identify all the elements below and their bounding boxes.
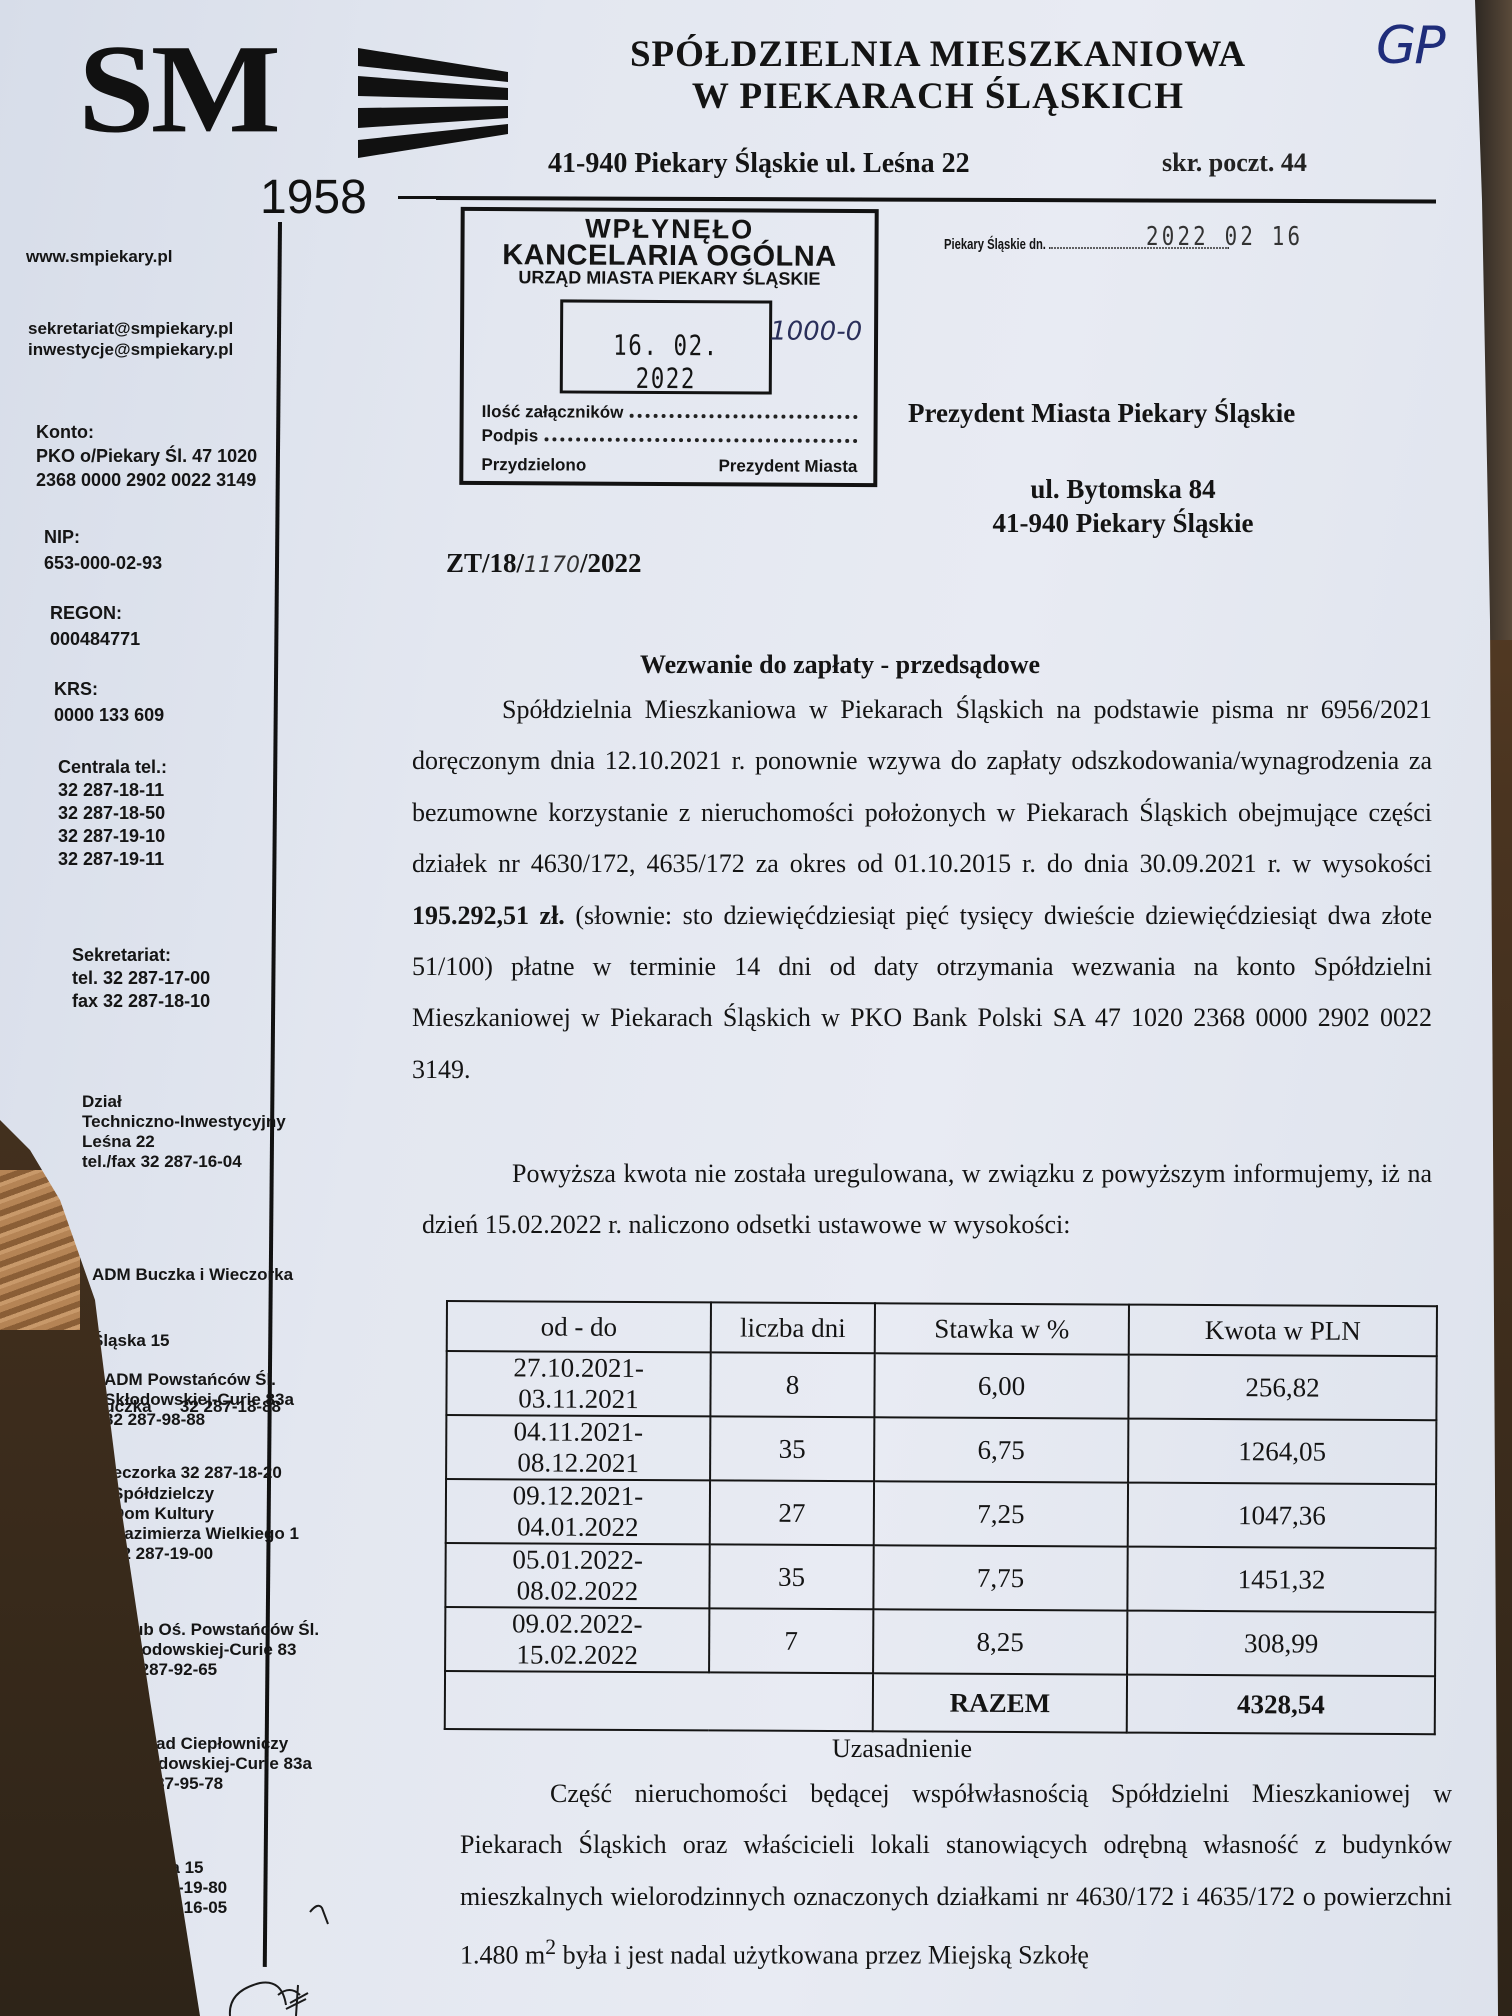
cell-rate: 7,75 (873, 1545, 1127, 1610)
cell-amount: 1264,05 (1128, 1419, 1436, 1485)
contact-line: Skłodowskiej-Curie 83a (104, 1390, 294, 1410)
dateline-date: 2022 02 16 (1146, 222, 1303, 252)
recipient-street: ul. Bytomska 84 (908, 472, 1338, 506)
org-name-line1: SPÓŁDZIELNIA MIESZKANIOWA (548, 34, 1328, 76)
stamp-handwritten-number: 1000-0 (770, 317, 862, 347)
reference-number: ZT/18/1170/2022 (446, 548, 642, 579)
krs-label: KRS: (54, 676, 164, 702)
contact-line: 32 287-19-80 (126, 1878, 227, 1898)
cell-period: 04.11.2021-08.12.2021 (446, 1415, 710, 1480)
website-link[interactable]: www.smpiekary.pl (26, 246, 172, 267)
reference-suffix: /2022 (580, 548, 642, 578)
justification-title: Uzasadnienie (832, 1734, 972, 1764)
header-rate: Stawka w % (875, 1303, 1129, 1354)
reception-stamp: WPŁYNĘŁO KANCELARIA OGÓLNA URZĄD MIASTA … (459, 207, 878, 487)
contact-line: Leśna 22 (82, 1132, 286, 1152)
stamp-assigned-row: Przydzielono Prezydent Miasta (481, 455, 857, 477)
zbr-contact: ZBR Śląska 15 32 287-19-80 32 287-16-05 (126, 1838, 227, 1918)
krs-value: 0000 133 609 (54, 702, 164, 728)
stamp-date: 16. 02. 2022 (583, 329, 748, 396)
email-investments[interactable]: inwestycje@smpiekary.pl (28, 339, 233, 360)
stamp-signature-row: Podpis (481, 425, 857, 448)
fax-number: fax 32 287-18-10 (72, 990, 210, 1013)
contact-line: 32 287-95-78 (122, 1774, 312, 1794)
logo-text: SM (78, 26, 277, 153)
dotted-line (629, 402, 857, 419)
interest-table: od - do liczba dni Stawka w % Kwota w PL… (444, 1300, 1438, 1735)
cell-amount: 1451,32 (1127, 1547, 1435, 1613)
contact-line: ZBR (126, 1838, 227, 1858)
cell-period: 27.10.2021-03.11.2021 (446, 1351, 710, 1416)
contact-line: Dom Kultury (112, 1504, 299, 1524)
secretariat-label: Sekretariat: (72, 944, 210, 967)
cell-period: 05.01.2022-08.02.2022 (445, 1543, 709, 1608)
email-list: sekretariat@smpiekary.pl inwestycje@smpi… (28, 318, 233, 360)
document-page: SM 1958 SPÓŁDZIELNIA MIESZKANIOWA W PIEK… (0, 0, 1512, 2016)
account-line: 2368 0000 2902 0022 3149 (36, 468, 257, 492)
nip-label: NIP: (44, 524, 162, 550)
contact-line: Zakład Ciepłowniczy (122, 1734, 312, 1754)
cell-rate: 7,25 (874, 1481, 1128, 1546)
cell-empty (445, 1671, 873, 1731)
contact-line: Klub Oś. Powstańców Śl. (116, 1620, 319, 1640)
header-days: liczba dni (711, 1302, 875, 1353)
phone-number: tel. 32 287-17-00 (72, 967, 210, 990)
table-row: 05.01.2022-08.02.2022357,751451,32 (445, 1543, 1435, 1612)
divider (398, 196, 438, 199)
contact-line: ADM Buczka i Wieczorka (92, 1264, 293, 1286)
contact-line: ADM Powstańców Śl. (104, 1370, 294, 1390)
letter-title: Wezwanie do zapłaty - przedsądowe (640, 650, 1040, 680)
stamp-authority: URZĄD MIASTA PIEKARY ŚLĄSKIE (464, 267, 874, 290)
cell-days: 8 (710, 1352, 874, 1417)
recipient-address: ul. Bytomska 84 41-940 Piekary Śląskie (908, 472, 1338, 540)
org-name-line2: W PIEKARACH ŚLĄSKICH (548, 76, 1328, 118)
phone-number: 32 287-18-50 (58, 802, 167, 825)
assigned-label: Przydzielono (481, 455, 586, 476)
header-divider (436, 196, 1436, 203)
phone-number: 32 287-19-10 (58, 825, 167, 848)
cell-days: 35 (709, 1544, 873, 1609)
header-period: od - do (447, 1301, 711, 1352)
contact-line: Techniczno-Inwestycyjny (82, 1112, 286, 1132)
organization-address: 41-940 Piekary Śląskie ul. Leśna 22 (548, 148, 970, 180)
regon-label: REGON: (50, 600, 140, 626)
contact-line: 32 287-16-05 (126, 1898, 227, 1918)
contact-line: 32 287-92-65 (116, 1660, 319, 1680)
cell-period: 09.12.2021-04.01.2022 (446, 1479, 710, 1544)
organization-postbox: skr. poczt. 44 (1162, 148, 1307, 178)
heating-plant-contact: Zakład Ciepłowniczy Skłodowskiej-Curie 8… (122, 1734, 312, 1794)
contact-line: Dział (82, 1092, 286, 1112)
contact-line: 32 287-98-88 (104, 1410, 294, 1430)
recipient-name: Prezydent Miasta Piekary Śląskie (908, 398, 1295, 429)
superscript: 2 (545, 1935, 556, 1959)
paragraph-demand: Spółdzielnia Mieszkaniowa w Piekarach Śl… (412, 684, 1432, 1095)
recipient-city: 41-940 Piekary Śląskie (908, 506, 1338, 540)
email-secretariat[interactable]: sekretariat@smpiekary.pl (28, 318, 233, 339)
regon-info: REGON: 000484771 (50, 600, 140, 652)
total-value: 4328,54 (1127, 1675, 1435, 1735)
paragraph-interest: Powyższa kwota nie została uregulowana, … (422, 1148, 1432, 1251)
justification-text-continued: była i jest nadal użytkowana przez Miejs… (556, 1941, 1089, 1970)
cell-amount: 1047,36 (1128, 1483, 1436, 1549)
nip-value: 653-000-02-93 (44, 550, 162, 576)
logo-stripes-icon (358, 48, 508, 158)
account-info: Konto: PKO o/Piekary Śl. 47 1020 2368 00… (36, 420, 257, 492)
cell-days: 35 (710, 1416, 874, 1481)
regon-value: 000484771 (50, 626, 140, 652)
table-row: 09.12.2021-04.01.2022277,251047,36 (446, 1479, 1436, 1548)
account-line: PKO o/Piekary Śl. 47 1020 (36, 444, 257, 468)
demand-amount: 195.292,51 zł. (412, 901, 565, 930)
contact-line: Spółdzielczy (112, 1484, 299, 1504)
reference-prefix: ZT/18/ (446, 548, 524, 578)
assigned-to: Prezydent Miasta (718, 456, 857, 477)
secretariat-contact: Sekretariat: tel. 32 287-17-00 fax 32 28… (72, 944, 210, 1013)
total-label: RAZEM (873, 1673, 1127, 1732)
central-phones: Centrala tel.: 32 287-18-11 32 287-18-50… (58, 756, 167, 871)
table-total-row: RAZEM4328,54 (445, 1671, 1435, 1734)
cell-rate: 8,25 (873, 1609, 1127, 1674)
nip-info: NIP: 653-000-02-93 (44, 524, 162, 576)
stamp-attachments-row: Ilość załączników (482, 401, 858, 424)
organization-name: SPÓŁDZIELNIA MIESZKANIOWA W PIEKARACH ŚL… (548, 34, 1328, 118)
signature-label: Podpis (481, 426, 538, 446)
interest-text: Powyższa kwota nie została uregulowana, … (422, 1148, 1432, 1251)
contact-line: Kazimierza Wielkiego 1 (112, 1524, 299, 1544)
cell-days: 27 (710, 1480, 874, 1545)
table-row: 04.11.2021-08.12.2021356,751264,05 (446, 1415, 1436, 1484)
dateline-label: Piekary Śląskie dn. (944, 236, 1046, 253)
phone-number: 32 287-19-11 (58, 848, 167, 871)
stamp-date-box: 16. 02. 2022 (560, 299, 772, 394)
cell-amount: 308,99 (1127, 1611, 1435, 1677)
contact-line: Skłodowskiej-Curie 83 (116, 1640, 319, 1660)
header-amount: Kwota w PLN (1129, 1305, 1437, 1357)
account-label: Konto: (36, 420, 257, 444)
cell-amount: 256,82 (1128, 1355, 1436, 1421)
phone-number: 32 287-18-11 (58, 779, 167, 802)
contact-line: Śląska 15 (92, 1330, 293, 1352)
paragraph-justification: Część nieruchomości będącej współwłasnoś… (460, 1768, 1452, 1981)
table-header-row: od - do liczba dni Stawka w % Kwota w PL… (447, 1301, 1437, 1356)
cell-period: 09.02.2022-15.02.2022 (445, 1607, 709, 1672)
contact-line: tel./fax 32 287-16-04 (82, 1152, 286, 1172)
tech-dept-contact: Dział Techniczno-Inwestycyjny Leśna 22 t… (82, 1092, 286, 1172)
attachments-label: Ilość załączników (482, 402, 624, 423)
logo-year: 1958 (260, 170, 367, 225)
contact-line: Skłodowskiej-Curie 83a (122, 1754, 312, 1774)
table-row: 27.10.2021-03.11.202186,00256,82 (446, 1351, 1436, 1420)
handwritten-initials: GP (1376, 16, 1444, 76)
handwritten-tick-icon (306, 1900, 336, 1930)
culture-house-contact: Spółdzielczy Dom Kultury Kazimierza Wiel… (112, 1484, 299, 1564)
handwritten-signature-icon (220, 1955, 330, 2016)
demand-text-continued: (słownie: sto dziewięćdziesiąt pięć tysi… (412, 901, 1432, 1084)
adm-powstancow-contact: ADM Powstańców Śl. Skłodowskiej-Curie 83… (104, 1370, 294, 1430)
central-label: Centrala tel.: (58, 756, 167, 779)
demand-text: Spółdzielnia Mieszkaniowa w Piekarach Śl… (412, 695, 1432, 878)
contact-line: 32 287-19-00 (112, 1544, 299, 1564)
cell-days: 7 (709, 1608, 873, 1673)
krs-info: KRS: 0000 133 609 (54, 676, 164, 728)
cell-rate: 6,00 (874, 1353, 1128, 1418)
table-row: 09.02.2022-15.02.202278,25308,99 (445, 1607, 1435, 1676)
contact-line: Wieczorka 32 287-18-20 (92, 1462, 293, 1484)
contact-line: Śląska 15 (126, 1858, 227, 1878)
club-contact: Klub Oś. Powstańców Śl. Skłodowskiej-Cur… (116, 1620, 319, 1680)
reference-handwritten: 1170 (524, 553, 580, 578)
cell-rate: 6,75 (874, 1417, 1128, 1482)
dotted-line (544, 425, 857, 443)
